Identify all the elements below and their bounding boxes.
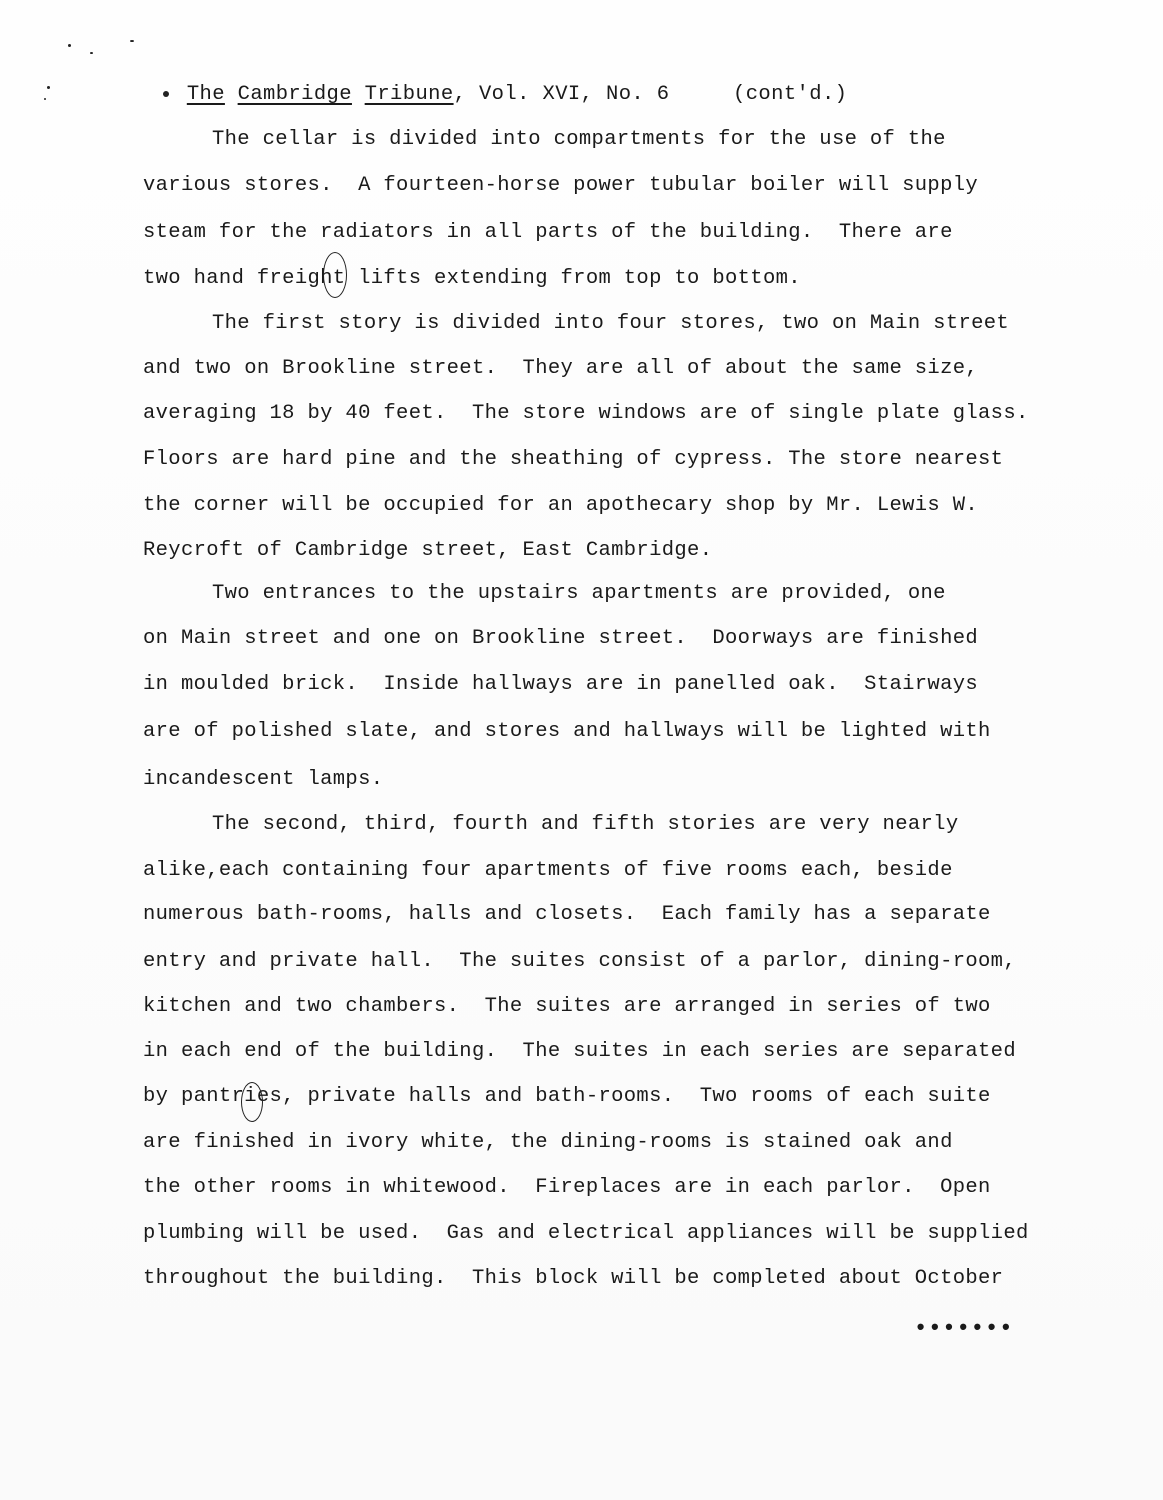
- bullet-icon: [163, 91, 169, 97]
- continuation-dots: •••••••: [914, 1316, 1013, 1341]
- text-line: steam for the radiators in all parts of …: [143, 221, 953, 244]
- text-line: in moulded brick. Inside hallways are in…: [143, 673, 978, 696]
- handwritten-correction-mark: [241, 1082, 263, 1122]
- text-line: Floors are hard pine and the sheathing o…: [143, 448, 1003, 471]
- speck-mark: [47, 86, 50, 89]
- document-header: The Cambridge Tribune, Vol. XVI, No. 6 (…: [112, 60, 847, 129]
- text-line: Two entrances to the upstairs apartments…: [212, 582, 946, 605]
- text-line: The second, third, fourth and fifth stor…: [212, 813, 958, 836]
- speck-mark: [44, 98, 46, 100]
- text-line: the other rooms in whitewood. Fireplaces…: [143, 1176, 991, 1199]
- text-line: and two on Brookline street. They are al…: [143, 357, 978, 380]
- text-line: Reycroft of Cambridge street, East Cambr…: [143, 539, 712, 562]
- text-line: averaging 18 by 40 feet. The store windo…: [143, 402, 1029, 425]
- text-line: the corner will be occupied for an apoth…: [143, 494, 978, 517]
- publication-word: Cambridge: [238, 83, 352, 106]
- text-line: are finished in ivory white, the dining-…: [143, 1131, 953, 1154]
- text-line: alike,each containing four apartments of…: [143, 859, 953, 882]
- text-line: on Main street and one on Brookline stre…: [143, 627, 978, 650]
- text-line: plumbing will be used. Gas and electrica…: [143, 1222, 1029, 1245]
- text-line: The first story is divided into four sto…: [212, 312, 1009, 335]
- publication-word: The: [187, 83, 225, 106]
- text-line: throughout the building. This block will…: [143, 1267, 1003, 1290]
- continued-label: (cont'd.): [733, 83, 847, 106]
- text-line: are of polished slate, and stores and ha…: [143, 720, 991, 743]
- speck-mark: [68, 44, 71, 47]
- issue-info: , Vol. XVI, No. 6: [454, 83, 670, 106]
- text-line: numerous bath-rooms, halls and closets. …: [143, 903, 991, 926]
- text-line: in each end of the building. The suites …: [143, 1040, 1016, 1063]
- speck-mark: [90, 52, 93, 54]
- text-line: entry and private hall. The suites consi…: [143, 950, 1016, 973]
- text-line: kitchen and two chambers. The suites are…: [143, 995, 991, 1018]
- handwritten-correction-mark: [323, 252, 347, 298]
- text-line: various stores. A fourteen-horse power t…: [143, 174, 978, 197]
- speck-mark: [130, 40, 134, 42]
- text-line: by pantries, private halls and bath-room…: [143, 1085, 991, 1108]
- text-line: two hand freight lifts extending from to…: [143, 267, 801, 290]
- text-line: The cellar is divided into compartments …: [212, 128, 946, 151]
- publication-word: Tribune: [365, 83, 454, 106]
- document-page: The Cambridge Tribune, Vol. XVI, No. 6 (…: [0, 0, 1163, 1500]
- text-line: incandescent lamps.: [143, 768, 383, 791]
